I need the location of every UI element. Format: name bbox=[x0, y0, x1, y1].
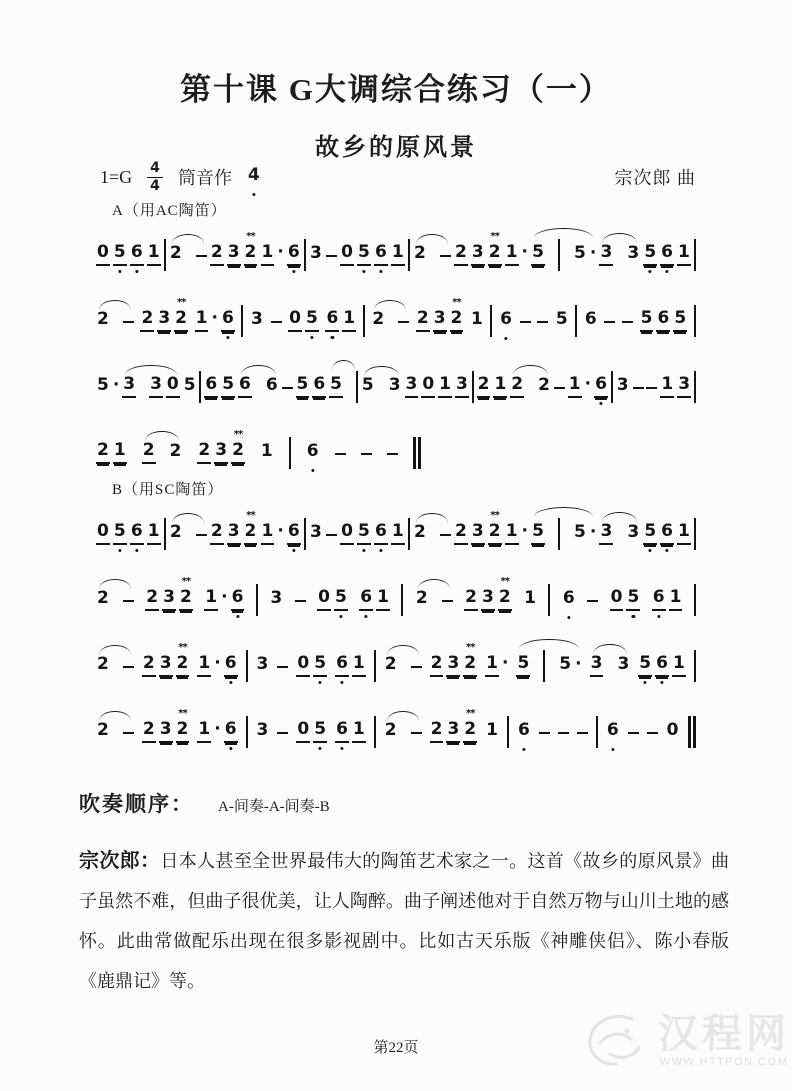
note-group: 232 bbox=[454, 244, 502, 266]
note-group: 61 bbox=[335, 721, 366, 743]
note: 3 bbox=[388, 377, 402, 397]
note: 3 bbox=[616, 656, 630, 676]
section-a-music: 056122321·63056122321·55·3356122321·6305… bbox=[96, 222, 696, 486]
note-group: 2 bbox=[413, 245, 427, 265]
note: 5 bbox=[357, 244, 371, 266]
composer-description-text: 日本人甚至全世界最伟大的陶笛艺术家之一。这首《故乡的原风景》曲子虽然不难，但曲子… bbox=[79, 851, 729, 991]
note: 3 bbox=[433, 310, 447, 332]
note-group: 5 bbox=[516, 655, 530, 677]
note: 1 bbox=[197, 655, 211, 677]
site-watermark: 汉程网 WWW.HTTPON.COM bbox=[582, 1010, 790, 1072]
note: 1 bbox=[376, 589, 390, 611]
slur-group: 5 bbox=[329, 371, 358, 403]
note-group: 2 bbox=[413, 524, 427, 544]
note-group: 2 bbox=[384, 722, 398, 742]
note: 2 bbox=[96, 311, 110, 331]
note: 1 bbox=[672, 655, 686, 677]
note-group: 232 bbox=[140, 310, 188, 332]
barline bbox=[401, 584, 403, 616]
note: 3 bbox=[481, 589, 495, 611]
barline bbox=[356, 371, 358, 403]
music-line: 22321·6305612232160561 bbox=[96, 567, 696, 633]
note: 6 bbox=[335, 655, 349, 677]
bar-thick bbox=[693, 716, 696, 748]
note: 2 bbox=[416, 310, 430, 332]
note: 2 bbox=[477, 376, 491, 398]
note: 2 bbox=[174, 310, 188, 332]
note-group: 2 bbox=[537, 377, 551, 397]
duration-dash bbox=[123, 732, 134, 735]
augmentation-dot: · bbox=[522, 523, 528, 543]
note-group: 1·6 bbox=[195, 310, 235, 332]
note: 3 bbox=[405, 376, 419, 398]
note: 6 bbox=[374, 244, 388, 266]
note-group: 3 bbox=[626, 245, 640, 265]
note: 5 bbox=[643, 523, 657, 545]
note: 1 bbox=[261, 523, 275, 545]
duration-dash bbox=[295, 600, 306, 603]
note-group: 2 bbox=[169, 245, 183, 265]
note: 1 bbox=[113, 442, 127, 464]
note: 2 bbox=[169, 245, 183, 265]
note: 6 bbox=[374, 523, 388, 545]
duration-dash bbox=[411, 732, 422, 735]
barline bbox=[694, 650, 696, 682]
note-group: 61 bbox=[652, 589, 683, 611]
note: 5 bbox=[96, 377, 110, 397]
note: 5 bbox=[626, 589, 640, 611]
note: 5 bbox=[573, 245, 587, 265]
note: 1 bbox=[505, 523, 519, 545]
note: 1 bbox=[261, 244, 275, 266]
note: 3 bbox=[616, 377, 630, 397]
note: 0 bbox=[288, 310, 302, 332]
barline bbox=[164, 518, 166, 550]
note: 3 bbox=[626, 245, 640, 265]
note-group: 61 bbox=[325, 310, 356, 332]
note-group: 2 bbox=[169, 524, 183, 544]
note: 1 bbox=[438, 376, 452, 398]
final-barline bbox=[413, 437, 422, 469]
note-group: 21 bbox=[477, 376, 508, 398]
slur-group: 66 bbox=[238, 376, 279, 398]
note: 2 bbox=[384, 656, 398, 676]
note: 0 bbox=[296, 655, 310, 677]
note-group: 232 bbox=[210, 523, 258, 545]
note-group: 05 bbox=[288, 310, 319, 332]
duration-dash bbox=[123, 666, 134, 669]
note: 2 bbox=[430, 655, 444, 677]
note: 1 bbox=[677, 523, 691, 545]
note: 0 bbox=[340, 244, 354, 266]
augmentation-dot: · bbox=[211, 310, 217, 330]
augmentation-dot: · bbox=[214, 655, 220, 675]
bar-thin bbox=[688, 716, 691, 748]
duration-dash bbox=[123, 600, 134, 603]
note: 1 bbox=[505, 244, 519, 266]
slur-group: 33 bbox=[590, 655, 631, 677]
tube-note-label: 筒音作 bbox=[178, 164, 232, 190]
note: 6 bbox=[287, 244, 301, 266]
note: 0 bbox=[96, 244, 110, 266]
note: 2 bbox=[371, 311, 385, 331]
note-group: 3 bbox=[616, 377, 630, 397]
note: 6 bbox=[130, 244, 144, 266]
note-group: 3 bbox=[590, 655, 604, 677]
barline bbox=[694, 239, 696, 271]
note-group: 30 bbox=[405, 376, 436, 398]
note: 6 bbox=[265, 377, 279, 397]
note: 6 bbox=[594, 376, 608, 398]
note-group: 1·6 bbox=[568, 376, 608, 398]
note: 0 bbox=[166, 376, 180, 398]
note: 5 bbox=[555, 311, 569, 331]
note-group: 2 bbox=[510, 376, 524, 398]
duration-dash bbox=[442, 600, 453, 603]
slur-group: 55· bbox=[531, 239, 596, 271]
duration-dash bbox=[277, 666, 288, 669]
note: 6 bbox=[655, 655, 669, 677]
note-group: 2 bbox=[96, 590, 110, 610]
note-group: 2 bbox=[96, 311, 110, 331]
note: 5 bbox=[361, 377, 375, 397]
duration-dash bbox=[277, 732, 288, 735]
slur-group: 2 bbox=[415, 590, 453, 610]
note-group: 3 bbox=[269, 590, 283, 610]
note: 6 bbox=[312, 376, 326, 398]
duration-dash bbox=[387, 453, 398, 456]
barline bbox=[490, 305, 492, 337]
note-group: 05 bbox=[340, 523, 371, 545]
note: 5 bbox=[531, 523, 545, 545]
note-group: 3 bbox=[599, 244, 613, 266]
note: 1 bbox=[352, 721, 366, 743]
note-group: 6 bbox=[584, 311, 598, 331]
barline bbox=[694, 584, 696, 616]
note: 2 bbox=[413, 524, 427, 544]
note-group: 6 bbox=[517, 722, 531, 742]
note-group: 1·6 bbox=[197, 721, 237, 743]
note: 2 bbox=[169, 443, 183, 463]
duration-dash bbox=[282, 387, 293, 390]
duration-dash bbox=[539, 732, 550, 735]
note-group: 6 bbox=[238, 376, 252, 398]
note: 2 bbox=[464, 589, 478, 611]
play-order-value: A-间奏-A-间奏-B bbox=[218, 795, 330, 816]
note: 2 bbox=[454, 523, 468, 545]
note: 2 bbox=[463, 655, 477, 677]
augmentation-dot: · bbox=[522, 244, 528, 264]
barline bbox=[304, 239, 306, 271]
note: 1 bbox=[523, 590, 537, 610]
barline bbox=[694, 518, 696, 550]
note-group: 232 bbox=[197, 442, 245, 464]
note: 2 bbox=[140, 310, 154, 332]
section-b-label: B（用SC陶笛） bbox=[112, 478, 696, 499]
note-group: 1 bbox=[260, 443, 274, 463]
note: 1 bbox=[204, 589, 218, 611]
note-group: 5 bbox=[531, 523, 545, 545]
note: 5 bbox=[113, 244, 127, 266]
barline bbox=[374, 716, 376, 748]
note: 1 bbox=[493, 376, 507, 398]
note: 1 bbox=[391, 244, 405, 266]
duration-dash bbox=[647, 732, 658, 735]
barline bbox=[694, 371, 696, 403]
note: 2 bbox=[96, 590, 110, 610]
note-group: 1· bbox=[485, 655, 508, 677]
note-group: 61 bbox=[359, 589, 390, 611]
music-line: 212223216 bbox=[96, 420, 696, 486]
note-group: 1·6 bbox=[261, 244, 301, 266]
note: 2 bbox=[142, 721, 156, 743]
slur-group: 53 bbox=[361, 377, 402, 397]
note: 2 bbox=[179, 589, 193, 611]
note: 3 bbox=[149, 376, 163, 398]
note: 2 bbox=[145, 589, 159, 611]
duration-dash bbox=[554, 387, 565, 390]
duration-dash bbox=[622, 321, 633, 324]
composer-description: 宗次郎：日本人甚至全世界最伟大的陶笛艺术家之一。这首《故乡的原风景》曲子虽然不难… bbox=[79, 841, 729, 1001]
note-group: 1·6 bbox=[261, 523, 301, 545]
barline bbox=[408, 239, 410, 271]
note-group: 561 bbox=[643, 523, 691, 545]
note: 3 bbox=[227, 523, 241, 545]
note: 2 bbox=[142, 442, 156, 464]
note: 6 bbox=[660, 244, 674, 266]
note-group: 3 bbox=[250, 311, 264, 331]
barline bbox=[363, 305, 365, 337]
song-title: 故乡的原风景 bbox=[0, 127, 792, 162]
music-line: 22321·63056122321·55·33561 bbox=[96, 633, 696, 699]
note: 3 bbox=[162, 589, 176, 611]
note: 2 bbox=[197, 442, 211, 464]
note: 2 bbox=[176, 721, 190, 743]
note: 5 bbox=[329, 376, 343, 398]
slur-group: 2 bbox=[413, 524, 451, 544]
note-group: 3 bbox=[616, 656, 630, 676]
music-line: 056122321·63056122321·55·33561 bbox=[96, 222, 696, 288]
note-group: 2 bbox=[371, 311, 385, 331]
note: 6 bbox=[238, 376, 252, 398]
note: 2 bbox=[231, 442, 245, 464]
note: 0 bbox=[340, 523, 354, 545]
note: 1 bbox=[260, 443, 274, 463]
note: 5 bbox=[313, 655, 327, 677]
barline bbox=[694, 305, 696, 337]
note-group: 5 bbox=[531, 244, 545, 266]
note-group: 561 bbox=[638, 655, 686, 677]
key-signature: 1=G bbox=[100, 167, 132, 188]
note: 6 bbox=[584, 311, 598, 331]
note-group: 3 bbox=[599, 523, 613, 545]
note-group: 232 bbox=[464, 589, 512, 611]
note: 2 bbox=[142, 655, 156, 677]
note: 1 bbox=[660, 376, 674, 398]
note-group: 232 bbox=[454, 523, 502, 545]
note: 6 bbox=[224, 655, 238, 677]
slur-group: 330 bbox=[122, 376, 180, 398]
note-group: 6 bbox=[606, 722, 620, 742]
note: 5 bbox=[357, 523, 371, 545]
note: 2 bbox=[510, 376, 524, 398]
note: 3 bbox=[250, 311, 264, 331]
note: 6 bbox=[499, 311, 513, 331]
note-group: 561 bbox=[643, 244, 691, 266]
composer-credit: 宗次郎 曲 bbox=[615, 164, 697, 190]
note: 2 bbox=[169, 524, 183, 544]
note: 3 bbox=[599, 523, 613, 545]
note-group: 2 bbox=[142, 442, 156, 464]
note-group: 65 bbox=[204, 376, 235, 398]
note-group: 1 bbox=[470, 311, 484, 331]
barline bbox=[548, 584, 550, 616]
note-group: 61 bbox=[335, 655, 366, 677]
slur-group: 55· bbox=[531, 518, 596, 550]
note-group: 2 bbox=[96, 656, 110, 676]
note: 0 bbox=[666, 722, 680, 742]
note: 5 bbox=[305, 310, 319, 332]
score-meta-row: 1=G 4 4 筒音作 4 宗次郎 曲 bbox=[100, 161, 696, 193]
note: 1 bbox=[147, 523, 161, 545]
note: 5 bbox=[558, 656, 572, 676]
note-group: 3 bbox=[388, 377, 402, 397]
barline bbox=[164, 239, 166, 271]
note-group: 05 bbox=[96, 244, 127, 266]
note: 2 bbox=[488, 244, 502, 266]
duration-dash bbox=[537, 321, 548, 324]
barline bbox=[374, 650, 376, 682]
note: 2 bbox=[488, 523, 502, 545]
note: 3 bbox=[626, 524, 640, 544]
note-group: 232 bbox=[142, 655, 190, 677]
page-title: 第十课 G大调综合练习（一） bbox=[0, 64, 792, 109]
note: 1 bbox=[568, 376, 582, 398]
note: 6 bbox=[325, 310, 339, 332]
barline bbox=[246, 650, 248, 682]
slur-group: 2 bbox=[96, 590, 134, 610]
augmentation-dot: · bbox=[113, 377, 119, 397]
augmentation-dot: · bbox=[502, 655, 508, 675]
note: 2 bbox=[244, 523, 258, 545]
note: 3 bbox=[122, 376, 136, 398]
note: 3 bbox=[256, 722, 270, 742]
duration-dash bbox=[587, 600, 598, 603]
music-line: 5·3305656656553301321221·6313 bbox=[96, 354, 696, 420]
duration-dash bbox=[411, 666, 422, 669]
note-group: 6 bbox=[562, 590, 576, 610]
note: 5 bbox=[640, 310, 654, 332]
note: 2 bbox=[210, 244, 224, 266]
note: 6 bbox=[359, 589, 373, 611]
note: 1 bbox=[669, 589, 683, 611]
barline bbox=[596, 716, 598, 748]
note: 3 bbox=[677, 376, 691, 398]
note-group: 05 bbox=[340, 244, 371, 266]
augmentation-dot: · bbox=[590, 245, 596, 265]
note-group: 5· bbox=[96, 377, 119, 397]
note-group: 2 bbox=[96, 722, 110, 742]
music-line: 22321·63056122321656565 bbox=[96, 288, 696, 354]
duration-dash bbox=[326, 255, 337, 258]
note-group: 61 bbox=[130, 244, 161, 266]
note: 2 bbox=[210, 523, 224, 545]
watermark-site-url: WWW.HTTPON.COM bbox=[660, 1057, 789, 1068]
note-group: 232 bbox=[210, 244, 258, 266]
note: 5 bbox=[296, 376, 310, 398]
note-group: 5 bbox=[361, 377, 375, 397]
note: 2 bbox=[176, 655, 190, 677]
note: 2 bbox=[96, 722, 110, 742]
note-group: 05 bbox=[96, 523, 127, 545]
note: 1 bbox=[195, 310, 209, 332]
note-group: 2 bbox=[384, 656, 398, 676]
note: 1 bbox=[197, 721, 211, 743]
barline bbox=[558, 239, 560, 271]
duration-dash bbox=[326, 534, 337, 537]
note-group: 232 bbox=[430, 721, 478, 743]
note-group: 5· bbox=[558, 656, 581, 676]
note: 3 bbox=[159, 721, 173, 743]
note: 2 bbox=[454, 244, 468, 266]
note: 2 bbox=[384, 722, 398, 742]
barline bbox=[199, 371, 201, 403]
note-group: 5 bbox=[329, 376, 343, 398]
note: 2 bbox=[498, 589, 512, 611]
note: 6 bbox=[517, 722, 531, 742]
note-group: 3 bbox=[626, 524, 640, 544]
note-group: 3 bbox=[256, 656, 270, 676]
note-group: 05 bbox=[296, 721, 327, 743]
note-group: 1 bbox=[485, 722, 499, 742]
bar-thin bbox=[413, 437, 416, 469]
note: 3 bbox=[599, 244, 613, 266]
note-group: 61 bbox=[374, 523, 405, 545]
note-group: 2 bbox=[169, 443, 183, 463]
note-group: 232 bbox=[142, 721, 190, 743]
note-group: 0 bbox=[666, 722, 680, 742]
note: 1 bbox=[391, 523, 405, 545]
note: 3 bbox=[590, 655, 604, 677]
note: 3 bbox=[214, 442, 228, 464]
bar-thick bbox=[418, 437, 421, 469]
note: 2 bbox=[537, 377, 551, 397]
duration-dash bbox=[633, 387, 644, 390]
slur-group: 22 bbox=[142, 442, 183, 464]
note-group: 5 bbox=[555, 311, 569, 331]
note-group: 05 bbox=[296, 655, 327, 677]
slur-group: 33 bbox=[599, 244, 640, 266]
slur-group: 2 bbox=[384, 656, 422, 676]
note: 5 bbox=[643, 244, 657, 266]
note-group: 565 bbox=[640, 310, 688, 332]
barline bbox=[611, 371, 613, 403]
duration-dash bbox=[123, 321, 134, 324]
duration-dash bbox=[335, 453, 346, 456]
tube-note-value: 4 bbox=[247, 167, 261, 187]
note: 2 bbox=[463, 721, 477, 743]
barline bbox=[558, 518, 560, 550]
duration-dash bbox=[628, 732, 639, 735]
augmentation-dot: · bbox=[277, 523, 283, 543]
slur-group: 2 bbox=[96, 722, 134, 742]
section-a-label: A（用AC陶笛） bbox=[112, 199, 696, 220]
slur-group: 33 bbox=[599, 523, 640, 545]
note: 0 bbox=[96, 523, 110, 545]
duration-dash bbox=[271, 321, 282, 324]
key-time-signature: 1=G 4 4 筒音作 4 bbox=[100, 161, 261, 193]
note: 1 bbox=[147, 244, 161, 266]
